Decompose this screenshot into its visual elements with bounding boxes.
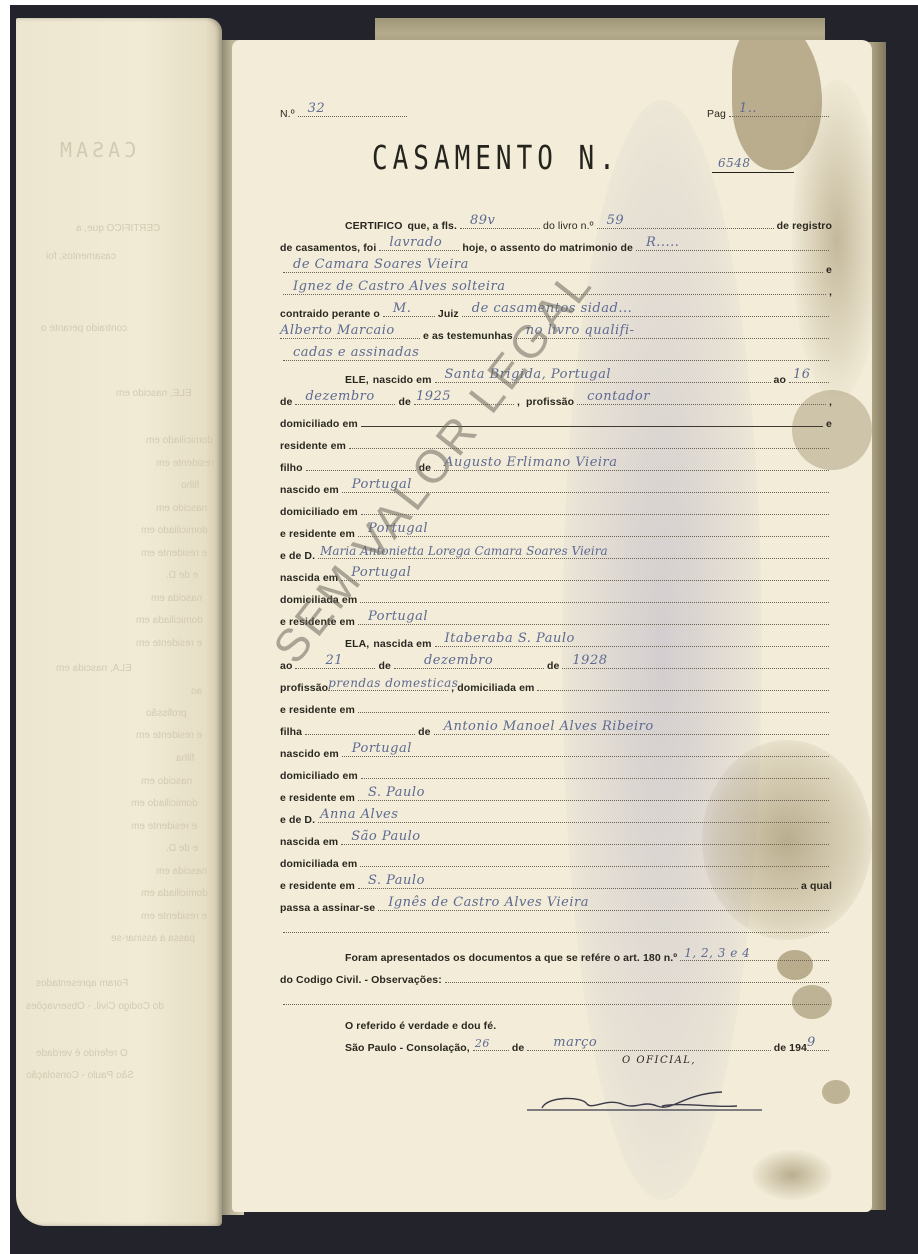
bride-name-field: Ignez de Castro Alves solteira — [283, 280, 826, 295]
ghost-line: e residente em — [136, 730, 202, 741]
groom-domiciliado-label: domiciliado em — [280, 418, 358, 430]
title-number-field: 6548 — [712, 150, 794, 173]
documentos-text: Foram apresentados os documentos a que s… — [345, 952, 677, 964]
ghost-line: contraido perante o — [41, 323, 127, 334]
livro-label: do livro n.º — [543, 220, 594, 232]
bride-mother-birthplace-field: São Paulo — [341, 830, 829, 845]
a-qual-label: a qual — [801, 880, 832, 892]
groom-profession: contador — [587, 389, 650, 404]
ghost-line: nascido em — [141, 776, 192, 787]
bride-profissao-label: profissão — [280, 682, 328, 694]
ghost-line: CERTIFICO que, a — [76, 223, 160, 234]
groom-mother-domicile-line: domiciliada em — [280, 586, 832, 606]
groom-father-residence-field: Portugal — [358, 522, 829, 537]
testemunhas-field-1: no livro qualifi- — [516, 324, 829, 339]
ghost-line: e residente em — [131, 821, 197, 832]
ghost-line: e residente em — [136, 638, 202, 649]
action-value: lavrado — [389, 235, 442, 250]
groom-mother-birthplace-field: Portugal — [341, 566, 829, 581]
bride-father-residence: S. Paulo — [368, 785, 425, 800]
groom-ao-label: ao — [774, 374, 786, 386]
observacoes-field — [445, 968, 829, 983]
bride-ao-label: ao — [280, 660, 292, 672]
groom-father: Augusto Erlimano Vieira — [444, 455, 617, 470]
bride-mother-residence: S. Paulo — [368, 873, 425, 888]
bride-father-line: filha de Antonio Manoel Alves Ribeiro — [280, 718, 832, 738]
bride-father-field: Antonio Manoel Alves Ribeiro — [434, 720, 829, 735]
juiz-name-part1: de casamentos sidad... — [472, 301, 632, 316]
left-page: CASAM CERTIFICO que, a casamentos, foi c… — [16, 18, 222, 1226]
bride-residence-line: e residente em — [280, 696, 832, 716]
groom-day-field: 16 — [789, 368, 829, 383]
testemunhas-part1: no livro qualifi- — [526, 323, 635, 338]
codigo-label: do Codigo Civil. - Observações: — [280, 974, 442, 986]
verdade-text: O referido é verdade e dou fé. — [345, 1020, 496, 1032]
groom-year: 1925 — [416, 389, 451, 404]
certifico-line: CERTIFICO que, a fls. 89v do livro n.º 5… — [280, 212, 832, 232]
documentos-value: 1, 2, 3 e 4 — [684, 946, 750, 960]
ghost-line: do Codigo Civil. - Observações — [26, 1001, 164, 1012]
bride-mother-birthplace: São Paulo — [351, 829, 420, 844]
groom-name-part1: R..... — [646, 235, 679, 250]
blank-line — [280, 916, 832, 936]
bride-father-birthplace-field: Portugal — [342, 742, 829, 757]
document-title: CASAMENTO N. — [372, 140, 620, 178]
bride-domicile-field — [537, 676, 829, 691]
bride-new-name: Ignês de Castro Alves Vieira — [388, 895, 589, 910]
groom-father-domiciliado-label: domiciliado em — [280, 506, 358, 518]
bride-mother-residence-line: e residente em S. Paulo a qual — [280, 872, 832, 892]
groom-father-residente-label: e residente em — [280, 528, 355, 540]
passa-label: passa a assinar-se — [280, 902, 375, 914]
certificate-content: N.º 32 Pag 1.. CASAMENTO N. 6548 CERTIFI… — [232, 40, 872, 1212]
groom-father-line: filho de Augusto Erlimano Vieira — [280, 454, 832, 474]
groom-mother-field: Maria Antonietta Lorega Camara Soares Vi… — [318, 544, 829, 559]
groom-mother-label: e de D. — [280, 550, 315, 562]
groom-father-field: Augusto Erlimano Vieira — [434, 456, 829, 471]
page-field: 1.. — [729, 102, 829, 117]
groom-profissao-label: profissão — [526, 396, 574, 408]
bride-mother-label: e de D. — [280, 814, 315, 826]
groom-de-label: de — [280, 396, 292, 408]
ghost-line: e de D. — [166, 570, 198, 581]
testemunhas-field-2: cadas e assinadas — [283, 346, 829, 361]
verdade-line: O referido é verdade e dou fé. — [345, 1012, 832, 1032]
bride-mother-residence-field: S. Paulo — [358, 874, 798, 889]
groom-day: 16 — [793, 367, 811, 382]
juiz-name-part2: Alberto Marcaio — [280, 323, 395, 338]
ghost-line: domiciliada em — [136, 615, 203, 626]
groom-father-nascido-label: nascido em — [280, 484, 339, 496]
bride-heading: ELA, — [345, 638, 369, 650]
page-value: 1.. — [739, 101, 757, 116]
hoje-label: hoje, o assento do matrimonio de — [462, 242, 633, 254]
ghost-line: e de D. — [166, 843, 198, 854]
bride-month-field: dezembro — [394, 654, 544, 669]
bride-day-field: 21 — [295, 654, 375, 669]
groom-mother-residence: Portugal — [368, 609, 428, 624]
contraido-label: contraido perante o — [280, 308, 380, 320]
marriage-number: 6548 — [718, 156, 751, 170]
ghost-line: domiciliada em — [141, 888, 208, 899]
ghost-line: domiciliado em — [146, 435, 213, 446]
groom-residence-field — [349, 434, 829, 449]
bride-father-birthplace: Portugal — [352, 741, 412, 756]
bride-de-label-2: de — [547, 660, 559, 672]
date-day-field: 26 — [473, 1036, 509, 1051]
groom-father-birth-line: nascido em Portugal — [280, 476, 832, 496]
documentos-field: 1, 2, 3 e 4 — [680, 946, 829, 961]
filha-field — [305, 720, 415, 735]
page-label: Pag — [707, 108, 726, 120]
page-number: Pag 1.. — [707, 100, 832, 120]
bride-birth-line: ELA, nascida em Itaberaba S. Paulo — [280, 630, 832, 650]
groom-father-birthplace: Portugal — [352, 477, 412, 492]
bride-year-field: 1928 — [562, 654, 829, 669]
livro-field: 59 — [597, 214, 774, 229]
oficial-label: O OFICIAL, — [622, 1055, 696, 1066]
number-label: N.º — [280, 108, 295, 120]
groom-mother-line: e de D. Maria Antonietta Lorega Camara S… — [280, 542, 832, 562]
livro-value: 59 — [607, 213, 625, 228]
groom-heading: ELE, — [345, 374, 369, 386]
observacoes-line-2 — [280, 988, 832, 1008]
groom-birth-line: ELE, nascido em Santa Brigida, Portugal … — [280, 366, 832, 386]
registro-label: de registro — [777, 220, 832, 232]
bride-nascida-label: nascida em — [373, 638, 431, 650]
groom-nascido-label: nascido em — [373, 374, 432, 386]
ghost-line: filha — [176, 753, 194, 764]
bride-mother-line: e de D. Anna Alves — [280, 806, 832, 826]
groom-name-field-2: de Camara Soares Vieira — [283, 258, 823, 273]
date-year-label: de 194 — [774, 1042, 807, 1054]
certificate-page: N.º 32 Pag 1.. CASAMENTO N. 6548 CERTIFI… — [232, 40, 872, 1212]
ghost-line: São Paulo - Consolação — [26, 1070, 134, 1081]
ghost-line: nascida em — [151, 593, 202, 604]
groom-father-domicile-field — [361, 500, 829, 515]
bride-mother-nascida-label: nascida em — [280, 836, 338, 848]
bride-profession: prendas domesticas — [328, 676, 458, 690]
bride-birthplace-field: Itaberaba S. Paulo — [435, 632, 829, 647]
groom-father-residence-line: e residente em Portugal — [280, 520, 832, 540]
groom-father-domicile-line: domiciliado em — [280, 498, 832, 518]
number-value: 32 — [308, 101, 326, 116]
bride-father-domicile-field — [361, 764, 829, 779]
groom-name-line: de Camara Soares Vieira e — [280, 256, 832, 276]
ghost-line: nascida em — [156, 866, 207, 877]
bride-father: Antonio Manoel Alves Ribeiro — [444, 719, 654, 734]
groom-mother-nascida-label: nascida em — [280, 572, 338, 584]
e-label: e — [826, 264, 832, 276]
bride-month: dezembro — [424, 653, 493, 668]
groom-name-part2: de Camara Soares Vieira — [293, 257, 469, 272]
testemunhas-label: e as testemunhas — [423, 330, 513, 342]
groom-birthplace: Santa Brigida, Portugal — [445, 367, 611, 382]
record-number: N.º 32 — [280, 100, 410, 120]
date-year-digit: 9 — [807, 1035, 816, 1050]
bride-father-residence-line: e residente em S. Paulo — [280, 784, 832, 804]
bride-domiciliada-label: , domiciliada em — [451, 682, 534, 694]
bride-year: 1928 — [572, 653, 607, 668]
groom-mother-domiciliada-label: domiciliada em — [280, 594, 357, 606]
groom-mother-birth-line: nascida em Portugal — [280, 564, 832, 584]
filho-de-label: de — [419, 462, 431, 474]
folio-value: 89v — [470, 213, 495, 228]
groom-e-label: e — [826, 418, 832, 430]
groom-mother-birthplace: Portugal — [351, 565, 411, 580]
bride-mother-domicile-field — [360, 852, 829, 867]
bride-mother-birth-line: nascida em São Paulo — [280, 828, 832, 848]
bride-day: 21 — [325, 653, 343, 668]
filha-label: filha — [280, 726, 302, 738]
ghost-line: e residente em — [141, 548, 207, 559]
ghost-line: Foram apresentados — [36, 978, 128, 989]
place-label: São Paulo - Consolação, — [345, 1042, 470, 1054]
casamentos-line: de casamentos, foi lavrado hoje, o assen… — [280, 234, 832, 254]
bride-father-birth-line: nascido em Portugal — [280, 740, 832, 760]
ghost-line: filho — [181, 480, 199, 491]
groom-domicile-line: domiciliado em e — [280, 410, 832, 430]
testemunhas-part2: cadas e assinadas — [293, 345, 419, 360]
bride-father-nascido-label: nascido em — [280, 748, 339, 760]
groom-mother-domicile-field — [360, 588, 829, 603]
groom-mother-residente-label: e residente em — [280, 616, 355, 628]
groom-month: dezembro — [305, 389, 374, 404]
action-field: lavrado — [379, 236, 459, 251]
bride-name: Ignez de Castro Alves solteira — [293, 279, 506, 294]
bride-birthplace: Itaberaba S. Paulo — [445, 631, 575, 646]
bride-date-line: ao 21 de dezembro de 1928 — [280, 652, 832, 672]
bride-de-label: de — [378, 660, 390, 672]
date-line: São Paulo - Consolação, 26 de março de 1… — [345, 1034, 832, 1054]
bride-mother: Anna Alves — [320, 807, 398, 822]
groom-date-line: de dezembro de 1925 , profissão contador… — [280, 388, 832, 408]
ghost-title: CASAM — [56, 138, 136, 162]
ghost-line: ELA, nascida em — [56, 663, 132, 674]
bride-father-residence-field: S. Paulo — [358, 786, 829, 801]
filho-field — [306, 456, 416, 471]
ghost-line: e residente em — [141, 911, 207, 922]
ghost-line: passa a assinar-se — [111, 933, 195, 944]
date-month: março — [553, 1035, 597, 1050]
bride-mother-field: Anna Alves — [318, 808, 829, 823]
bride-father-domiciliado-label: domiciliado em — [280, 770, 358, 782]
blank-field — [283, 918, 829, 933]
folio-field: 89v — [460, 214, 540, 229]
bride-father-residente-label: e residente em — [280, 792, 355, 804]
fls-label: que, a fls. — [407, 220, 457, 232]
groom-residente-label: residente em — [280, 440, 346, 452]
bride-profession-field: prendas domesticas — [328, 676, 448, 691]
groom-domicile-field — [361, 412, 823, 427]
groom-de-label-2: de — [398, 396, 410, 408]
contraido-line: contraido perante o M. Juiz de casamento… — [280, 300, 832, 320]
juiz-label: Juiz — [438, 308, 459, 320]
date-year-field: 9 — [807, 1036, 829, 1051]
groom-year-field: 1925 — [414, 390, 514, 405]
juiz-field-1: de casamentos sidad... — [462, 302, 829, 317]
bride-mother-domicile-line: domiciliada em — [280, 850, 832, 870]
groom-name-field-1: R..... — [636, 236, 829, 251]
perante-field: M. — [383, 302, 435, 317]
groom-mother: Maria Antonietta Lorega Camara Soares Vi… — [320, 544, 608, 558]
bride-mother-residente-label: e residente em — [280, 880, 355, 892]
groom-month-field: dezembro — [295, 390, 395, 405]
groom-profession-field: contador — [577, 390, 826, 405]
new-name-field: Ignês de Castro Alves Vieira — [378, 896, 829, 911]
juiz-field-2: Alberto Marcaio — [280, 324, 420, 339]
bride-residence-field — [358, 698, 829, 713]
date-de-label: de — [512, 1042, 524, 1054]
ghost-line: domiciliado em — [131, 798, 198, 809]
bride-father-domicile-line: domiciliado em — [280, 762, 832, 782]
groom-residence-line: residente em — [280, 432, 832, 452]
groom-birthplace-field: Santa Brigida, Portugal — [435, 368, 771, 383]
bride-mother-domiciliada-label: domiciliada em — [280, 858, 357, 870]
new-name-line: passa a assinar-se Ignês de Castro Alves… — [280, 894, 832, 914]
date-day: 26 — [475, 1037, 490, 1050]
codigo-line: do Codigo Civil. - Observações: — [280, 966, 832, 986]
ghost-line: residente em — [156, 458, 214, 469]
ghost-line: casamentos, foi — [46, 251, 116, 262]
official-signature — [522, 1088, 772, 1118]
groom-mother-residence-line: e residente em Portugal — [280, 608, 832, 628]
groom-father-residence: Portugal — [368, 521, 428, 536]
certifico-label: CERTIFICO — [345, 220, 402, 232]
groom-father-birthplace-field: Portugal — [342, 478, 829, 493]
ghost-line: domiciliado em — [141, 525, 208, 536]
number-field: 32 — [298, 102, 407, 117]
bride-residente-label: e residente em — [280, 704, 355, 716]
casamentos-label: de casamentos, foi — [280, 242, 376, 254]
groom-mother-residence-field: Portugal — [358, 610, 829, 625]
bride-name-line: Ignez de Castro Alves solteira , — [280, 278, 832, 298]
ghost-line: profissão — [146, 708, 187, 719]
date-month-field: março — [527, 1036, 770, 1051]
testemunhas-line: Alberto Marcaio e as testemunhas no livr… — [280, 322, 832, 342]
documentos-line: Foram apresentados os documentos a que s… — [280, 944, 832, 964]
testemunhas-line-2: cadas e assinadas — [280, 344, 832, 364]
ghost-line: nascido em — [156, 503, 207, 514]
filha-de-label: de — [418, 726, 430, 738]
perante-value: M. — [393, 301, 411, 316]
filho-label: filho — [280, 462, 303, 474]
ghost-line: O referido é verdade — [36, 1048, 128, 1059]
bride-profession-line: profissão prendas domesticas , domicilia… — [280, 674, 832, 694]
observacoes-field-2 — [283, 990, 829, 1005]
ghost-line: ELE, nascido em — [116, 388, 192, 399]
ghost-line: ao — [191, 686, 202, 697]
